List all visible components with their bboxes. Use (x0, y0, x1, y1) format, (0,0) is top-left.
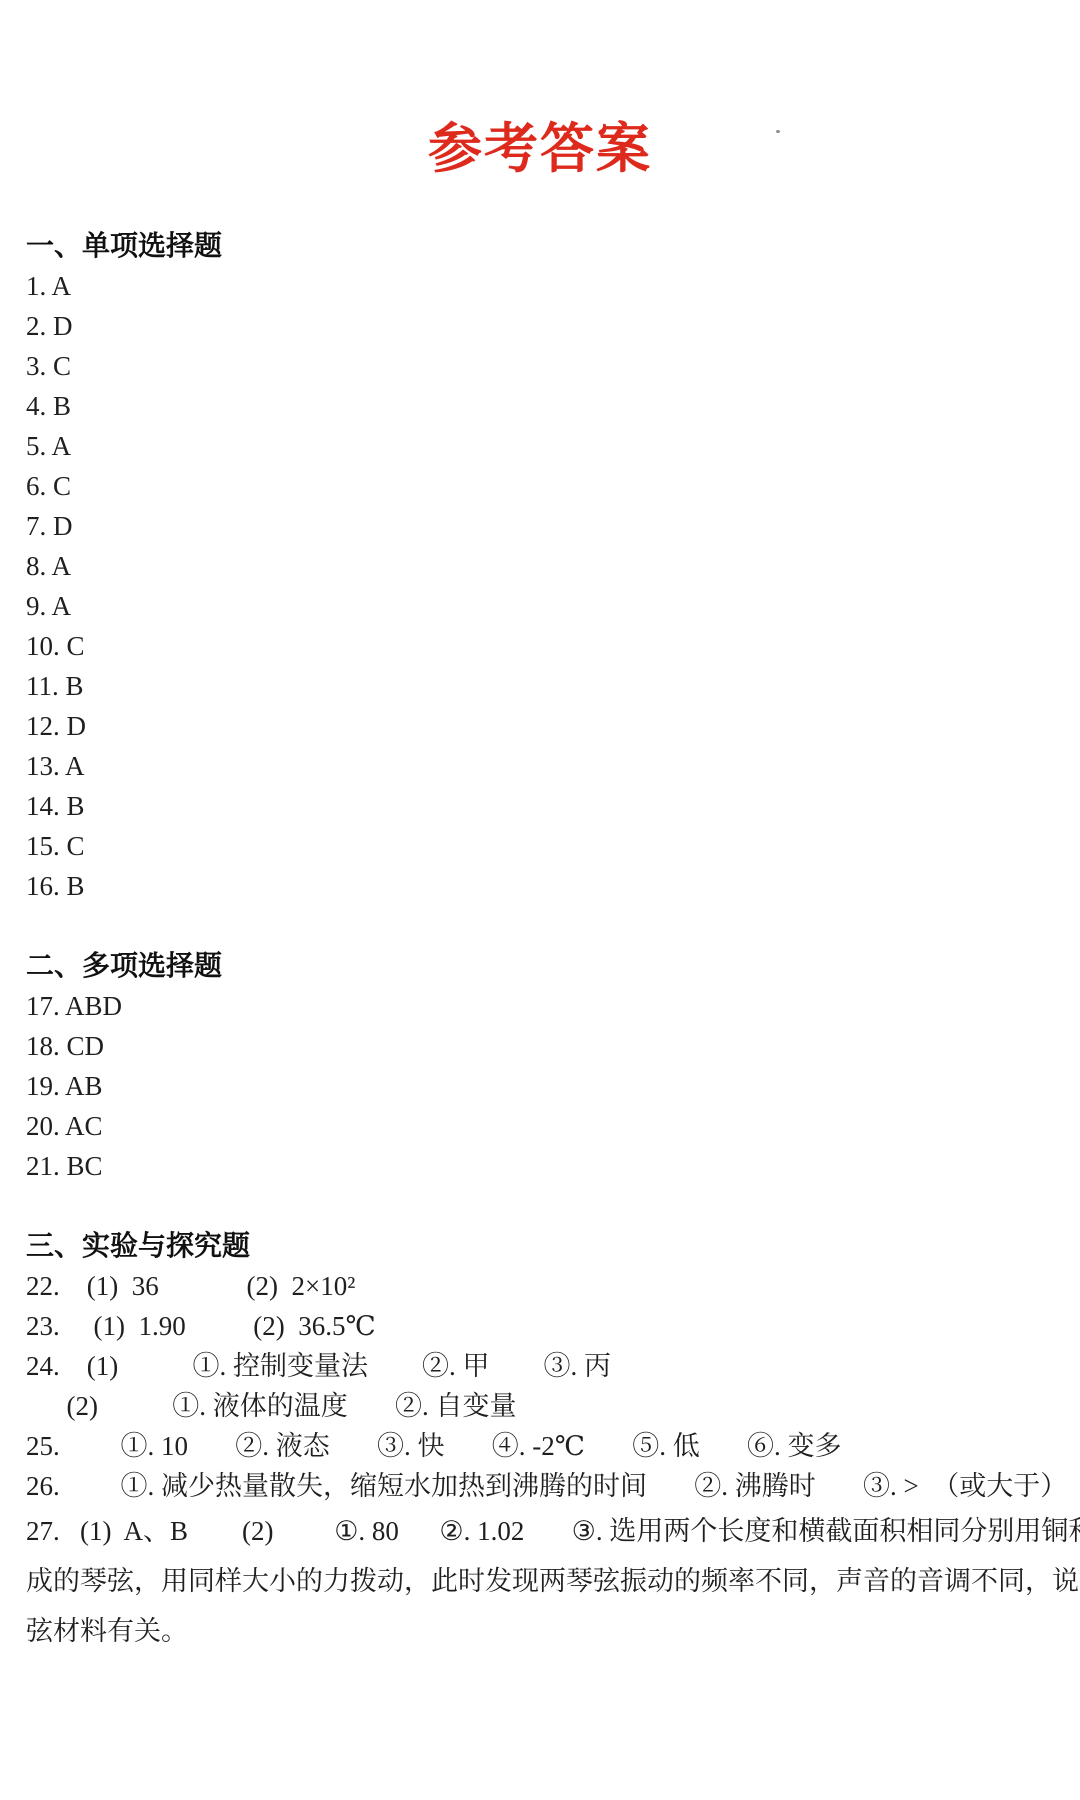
section-experiment-inquiry: 三、实验与探究题 22. (1) 36 (2) 2×10²23. (1) 1.9… (0, 1226, 1080, 1656)
answer-key-page: 参考答案 一、单项选择题 1. A2. D3. C4. B5. A6. C7. … (0, 0, 1080, 1800)
answer-line: 13. A (26, 746, 1080, 786)
scan-artifact-dot (776, 130, 780, 133)
section-heading-single-choice: 一、单项选择题 (26, 226, 1080, 266)
section-heading-experiment-inquiry: 三、实验与探究题 (26, 1226, 1080, 1266)
answer-line: 4. B (26, 386, 1080, 426)
answer-line: 19. AB (26, 1066, 1080, 1106)
answer-list-multi-choice: 17. ABD18. CD19. AB20. AC21. BC (26, 986, 1080, 1186)
answer-line: 24. (1) ①. 控制变量法 ②. 甲 ③. 丙 (26, 1346, 1080, 1386)
answer-line: 26. ①. 减少热量散失，缩短水加热到沸腾的时间 ②. 沸腾时 ③. > （或… (26, 1466, 1080, 1506)
answer-line: 12. D (26, 706, 1080, 746)
answer-line: 6. C (26, 466, 1080, 506)
answer-line: 1. A (26, 266, 1080, 306)
answer-line: 22. (1) 36 (2) 2×10² (26, 1266, 1080, 1306)
answer-line: 9. A (26, 586, 1080, 626)
answer-list-experiment-inquiry: 22. (1) 36 (2) 2×10²23. (1) 1.90 (2) 36.… (26, 1266, 1080, 1656)
answer-line: 8. A (26, 546, 1080, 586)
answer-line: 2. D (26, 306, 1080, 346)
answer-line: 21. BC (26, 1146, 1080, 1186)
answer-list-single-choice: 1. A2. D3. C4. B5. A6. C7. D8. A9. A10. … (26, 266, 1080, 906)
answer-line: 25. ①. 10 ②. 液态 ③. 快 ④. -2℃ ⑤. 低 ⑥. 变多 (26, 1426, 1080, 1466)
section-heading-multi-choice: 二、多项选择题 (26, 946, 1080, 986)
answer-line: 14. B (26, 786, 1080, 826)
answer-line: 15. C (26, 826, 1080, 866)
page-title: 参考答案 (0, 0, 1080, 180)
section-single-choice: 一、单项选择题 1. A2. D3. C4. B5. A6. C7. D8. A… (0, 226, 1080, 906)
answer-line: 10. C (26, 626, 1080, 666)
answer-line: 17. ABD (26, 986, 1080, 1026)
answer-line: 27. (1) A、B (2) ①. 80 ②. 1.02 ③. 选用两个长度和… (26, 1506, 1080, 1656)
answer-line: 5. A (26, 426, 1080, 466)
section-multi-choice: 二、多项选择题 17. ABD18. CD19. AB20. AC21. BC (0, 946, 1080, 1186)
answer-line: 7. D (26, 506, 1080, 546)
answer-line: 18. CD (26, 1026, 1080, 1066)
answer-line: 11. B (26, 666, 1080, 706)
answer-line: 20. AC (26, 1106, 1080, 1146)
answer-line: (2) ①. 液体的温度 ②. 自变量 (26, 1386, 1080, 1426)
answer-line: 23. (1) 1.90 (2) 36.5℃ (26, 1306, 1080, 1346)
answer-line: 3. C (26, 346, 1080, 386)
answer-line: 16. B (26, 866, 1080, 906)
